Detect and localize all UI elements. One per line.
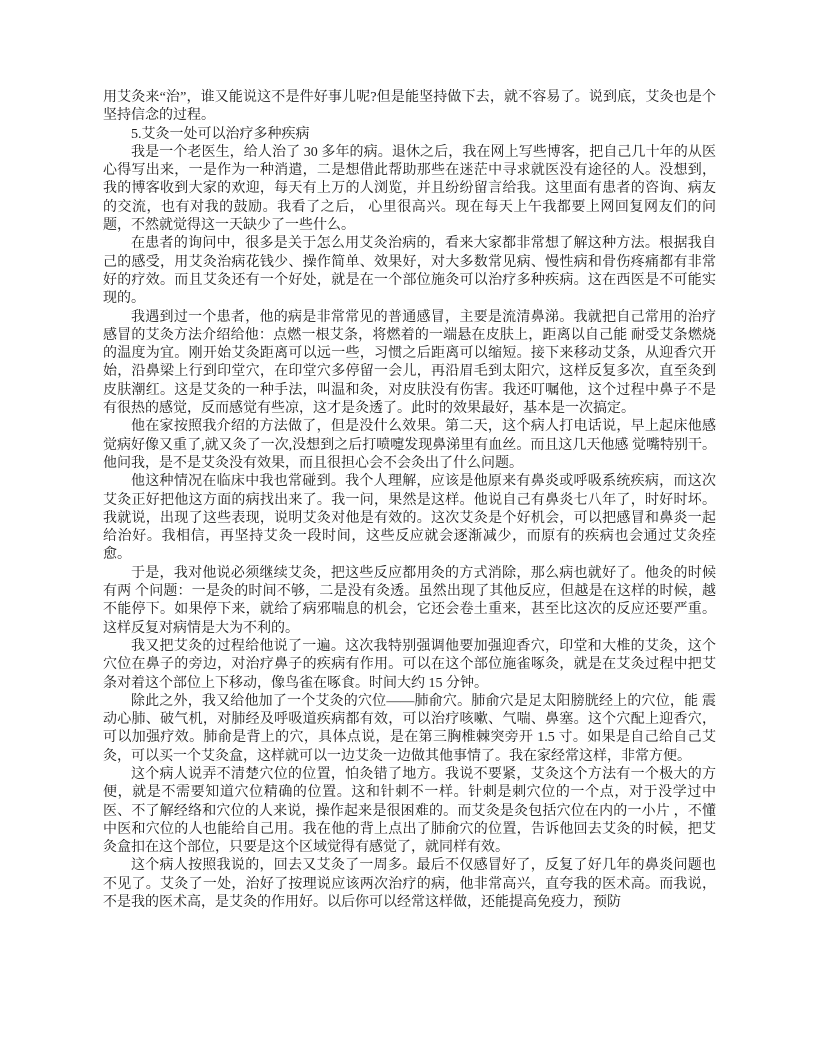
paragraph: 用艾灸来“治”，谁又能说这不是件好事儿呢?但是能坚持做下去，就不容易了。说到底，…: [103, 89, 716, 126]
paragraph: 除此之外，我又给他加了一个艾灸的穴位——肺俞穴。肺俞穴是足太阳膀胱经上的穴位，能…: [103, 693, 716, 766]
paragraph: 我又把艾灸的过程给他说了一遍。这次我特别强调他要加强迎香穴，印堂和大椎的艾灸，这…: [103, 638, 716, 693]
paragraph: 这个病人说弄不清楚穴位的位置，怕灸错了地方。我说不要紧，艾灸这个方法有一个极大的…: [103, 766, 716, 857]
paragraph: 我遇到过一个患者，他的病是非常常见的普通感冒，主要是流清鼻涕。我就把自己常用的治…: [103, 309, 716, 419]
paragraph: 他在家按照我介绍的方法做了，但是没什么效果。第二天，这个病人打电话说，早上起床他…: [103, 418, 716, 473]
paragraph: 这个病人按照我说的，回去又艾灸了一周多。最后不仅感冒好了，反复了好几年的鼻炎问题…: [103, 857, 716, 912]
paragraph: 他这种情况在临床中我也常碰到。我个人理解，应该是他原来有鼻炎或呼吸系统疾病，而这…: [103, 473, 716, 564]
document-page: 用艾灸来“治”，谁又能说这不是件好事儿呢?但是能坚持做下去，就不容易了。说到底，…: [0, 0, 816, 1056]
paragraph: 在患者的询问中，很多是关于怎么用艾灸治病的，看来大家都非常想了解这种方法。根据我…: [103, 235, 716, 308]
paragraph: 于是，我对他说必须继续艾灸，把这些反应都用灸的方式消除，那么病也就好了。他灸的时…: [103, 565, 716, 638]
document-body: 用艾灸来“治”，谁又能说这不是件好事儿呢?但是能坚持做下去，就不容易了。说到底，…: [103, 89, 716, 912]
paragraph: 我是一个老医生，给人治了 30 多年的病。退休之后，我在网上写些博客，把自己几十…: [103, 144, 716, 235]
section-heading: 5.艾灸一处可以治疗多种疾病: [103, 126, 716, 144]
